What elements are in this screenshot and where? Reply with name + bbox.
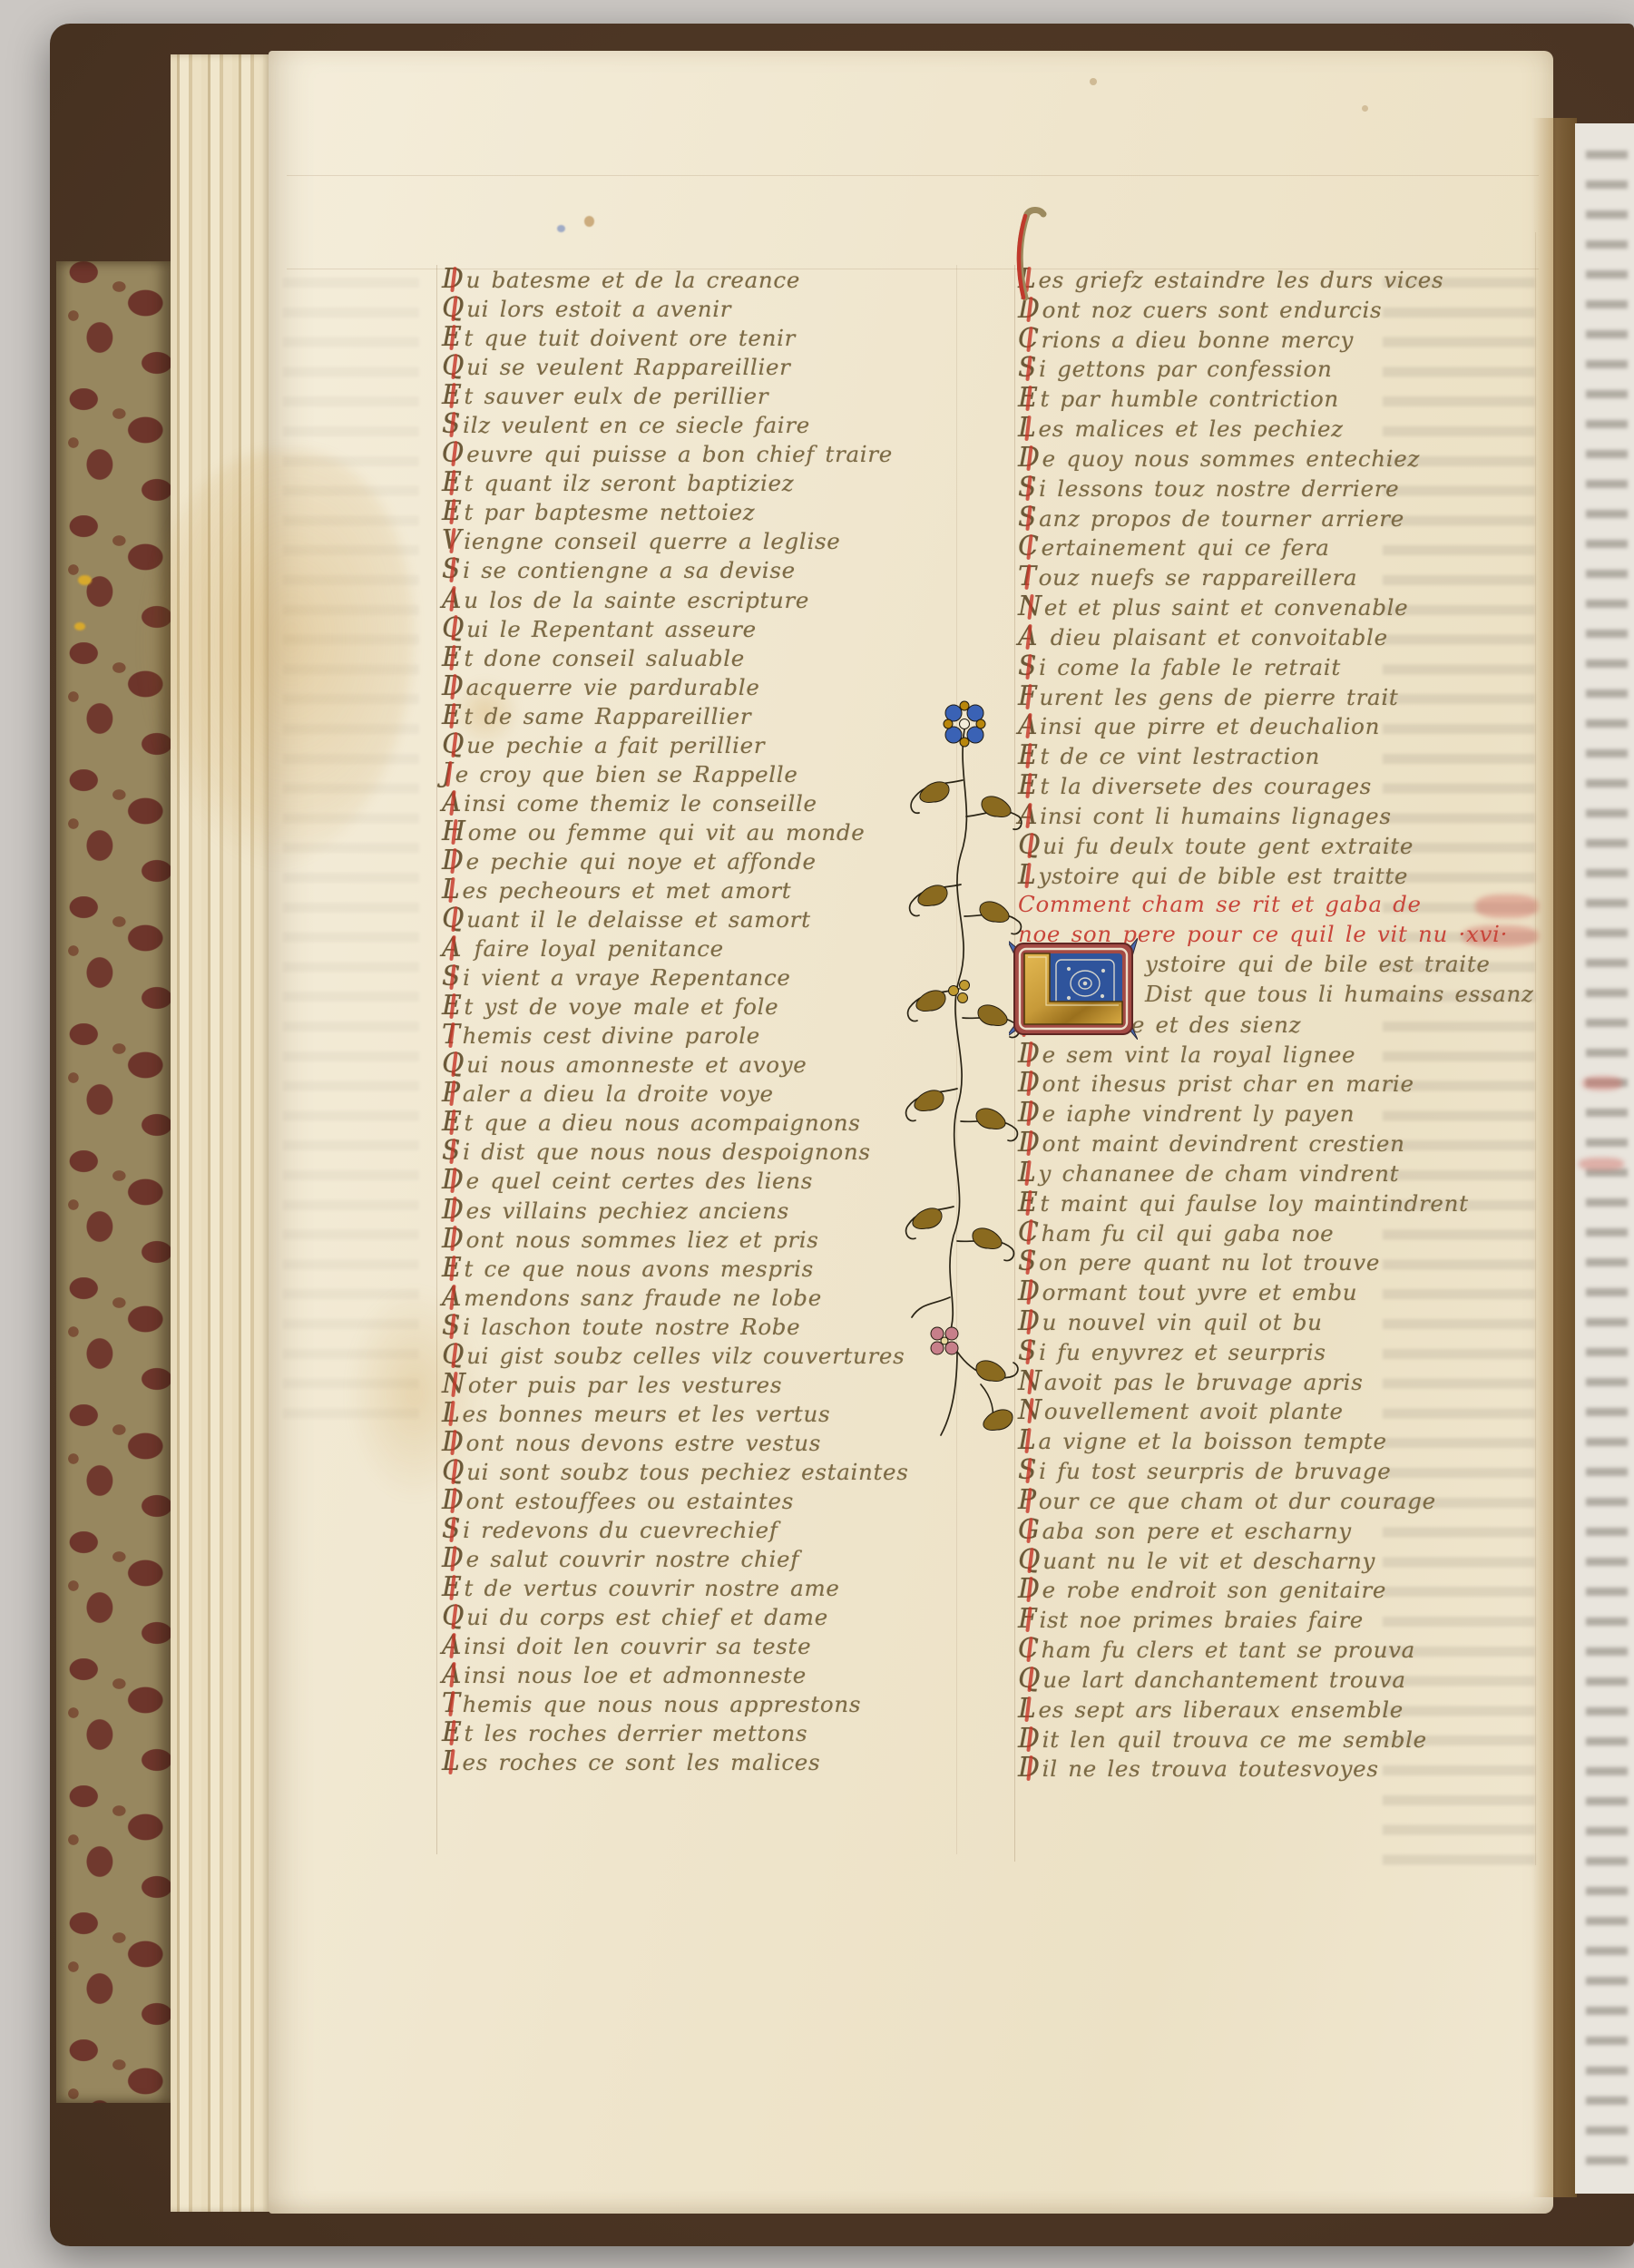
line-initial: E — [442, 643, 463, 672]
fly-speck — [584, 216, 594, 227]
line-initial: H — [442, 817, 466, 846]
line-text: i fu tost seurpris de bruvage — [1039, 1458, 1391, 1484]
text-line: Quant nu le vit et descharny — [1018, 1546, 1534, 1576]
text-column-left: Du batesme et de la creanceQui lors esto… — [442, 265, 909, 1776]
text-line: Si fu enyvrez et seurpris — [1018, 1337, 1534, 1367]
text-line: Si come la fable le retrait — [1018, 652, 1534, 682]
line-initial: S — [1018, 652, 1037, 682]
text-line: Ainsi cont li humains lignages — [1018, 801, 1534, 831]
line-text: t de vertus couvrir nostre ame — [465, 1575, 840, 1601]
line-initial: E — [442, 468, 463, 497]
line-text: ont nous devons estre vestus — [466, 1430, 821, 1456]
line-text: ue lart danchantement trouva — [1042, 1667, 1405, 1693]
line-initial: S — [1018, 354, 1037, 384]
text-line: Si fu tost seurpris de bruvage — [1018, 1456, 1534, 1486]
line-initial: E — [442, 992, 463, 1021]
text-line: Si dist que nous nous despoignons — [442, 1137, 909, 1166]
text-line: Du nouvel vin quil ot bu — [1018, 1307, 1534, 1337]
line-text: aler a dieu la droite voye — [463, 1080, 774, 1107]
text-line: Et ce que nous avons mespris — [442, 1254, 909, 1283]
text-line: Dont nous devons estre vestus — [442, 1428, 909, 1457]
calligraphic-ascender — [1003, 207, 1051, 301]
line-initial: L — [442, 1399, 461, 1428]
line-initial: D — [442, 1428, 465, 1457]
line-text: faire loyal penitance — [464, 935, 724, 962]
line-initial: T — [442, 1689, 461, 1718]
rubric-line: Comment cham se rit et gaba de — [1018, 890, 1534, 920]
text-line: Silz veulent en ce siecle faire — [442, 410, 909, 439]
line-initial: E — [442, 701, 463, 730]
text-line: Et que tuit doivent ore tenir — [442, 323, 909, 352]
line-initial: A — [442, 788, 462, 817]
line-text: t done conseil saluable — [465, 645, 745, 671]
line-initial: F — [1018, 1605, 1037, 1635]
line-text: ormant tout yvre et embu — [1042, 1279, 1358, 1305]
text-line: Et yst de voye male et fole — [442, 992, 909, 1021]
line-initial: D — [1018, 1754, 1041, 1784]
line-text: i fu enyvrez et seurpris — [1039, 1339, 1326, 1365]
line-text: ui fu deulx toute gent extraite — [1042, 833, 1414, 859]
text-line: Qui se veulent Rappareillier — [442, 352, 909, 381]
line-text: ont maint devindrent crestien — [1042, 1130, 1405, 1157]
text-line: Ainsi doit len couvrir sa teste — [442, 1631, 909, 1660]
fore-edge — [1531, 118, 1577, 2197]
line-initial: D — [442, 1166, 465, 1195]
line-initial: D — [1018, 444, 1041, 474]
text-line: Ly chananee de cham vindrent — [1018, 1158, 1534, 1188]
line-text: e sem vint la royal lignee — [1042, 1041, 1356, 1068]
text-line: Dont maint devindrent crestien — [1018, 1129, 1534, 1158]
line-initial: E — [442, 381, 463, 410]
line-initial: D — [442, 1544, 465, 1573]
line-initial: Q — [442, 1341, 465, 1370]
text-line: Et par baptesme nettoiez — [442, 497, 909, 526]
line-text: e iaphe vindrent ly payen — [1042, 1100, 1355, 1127]
line-text: u batesme et de la creance — [466, 267, 800, 293]
text-line: Sanz propos de tourner arriere — [1018, 503, 1534, 533]
line-text: our ce que cham ot dur courage — [1039, 1488, 1436, 1514]
marbled-turnin — [56, 261, 171, 2103]
line-text: hemis cest divine parole — [463, 1022, 760, 1049]
text-line: Dit len quil trouva ce me semble — [1018, 1725, 1534, 1755]
line-text: t de same Rappareillier — [465, 703, 752, 729]
text-line: Les bonnes meurs et les vertus — [442, 1399, 909, 1428]
text-line: Dil ne les trouva toutesvoyes — [1018, 1754, 1534, 1784]
line-text: oter puis par les vestures — [468, 1372, 782, 1398]
line-text: t maint qui faulse loy maintindrent — [1041, 1190, 1469, 1217]
line-text: ham fu cil qui gaba noe — [1042, 1220, 1335, 1246]
line-text: ui le Repentant asseure — [466, 616, 757, 642]
text-line: Navoit pas le bruvage apris — [1018, 1367, 1534, 1397]
line-text: t par baptesme nettoiez — [465, 499, 756, 525]
text-line: Et les roches derrier mettons — [442, 1718, 909, 1747]
line-text: uant il le delaisse et samort — [466, 906, 810, 933]
manuscript-photo: Du batesme et de la creanceQui lors esto… — [0, 0, 1634, 2268]
line-text: es bonnes meurs et les vertus — [463, 1401, 831, 1427]
line-text: acquerre vie pardurable — [466, 674, 760, 700]
text-line: Les roches ce sont les malices — [442, 1747, 909, 1776]
text-line: De iaphe vindrent ly payen — [1018, 1099, 1534, 1129]
line-initial: Q — [442, 352, 465, 381]
line-initial: S — [442, 555, 461, 584]
line-text: ystoire qui de bible est traitte — [1039, 863, 1409, 889]
line-text: i dist que nous nous despoignons — [463, 1139, 870, 1165]
line-initial: P — [442, 1079, 461, 1108]
line-text: t par humble contriction — [1041, 386, 1339, 412]
line-initial: E — [442, 1718, 463, 1747]
text-line: Et maint qui faulse loy maintindrent — [1018, 1188, 1534, 1218]
line-initial: L — [1018, 414, 1037, 444]
line-text: t de ce vint lestraction — [1041, 743, 1321, 769]
line-initial: A — [442, 585, 462, 614]
blue-flower — [944, 701, 985, 747]
line-text: ouz nuefs se rappareillera — [1039, 564, 1358, 591]
illuminated-initial — [1009, 938, 1138, 1040]
text-line: Du batesme et de la creance — [442, 265, 909, 294]
line-initial: D — [442, 1486, 465, 1515]
line-initial: D — [442, 1225, 465, 1254]
ruling-line — [287, 175, 1539, 176]
text-line: Nouvellement avoit plante — [1018, 1396, 1534, 1426]
line-initial: D — [442, 1196, 465, 1225]
paint-speck — [74, 622, 85, 631]
line-initial: S — [1018, 474, 1037, 503]
text-line: Et de same Rappareillier — [442, 701, 909, 730]
fly-speck — [1090, 78, 1097, 85]
paint-speck — [78, 575, 92, 585]
facing-page-edge — [1575, 123, 1634, 2194]
line-text: i se contiengne a sa devise — [463, 557, 796, 583]
line-text: es pecheours et met amort — [463, 877, 792, 904]
text-line: De pechie qui noye et affonde — [442, 846, 909, 875]
text-line: Dacquerre vie pardurable — [442, 672, 909, 701]
line-text: ui se veulent Rappareillier — [466, 354, 790, 380]
line-text: es sept ars liberaux ensemble — [1039, 1696, 1404, 1723]
line-initial: E — [442, 323, 463, 352]
text-line: Ainsi que pirre et deuchalion — [1018, 711, 1534, 741]
text-line: Quant il le delaisse et samort — [442, 904, 909, 934]
line-text: t sauver eulx de perillier — [465, 383, 769, 409]
line-initial: S — [442, 963, 461, 992]
line-text: insi cont li humains lignages — [1040, 803, 1391, 829]
line-text: ham fu clers et tant se prouva — [1042, 1637, 1415, 1663]
line-text: i vient a vraye Repentance — [463, 964, 790, 991]
line-initial: O — [442, 439, 465, 468]
line-text: on pere quant nu lot trouve — [1039, 1249, 1380, 1276]
text-line: Et de ce vint lestraction — [1018, 741, 1534, 771]
line-text: u los de la sainte escripture — [464, 587, 809, 613]
text-line: Je croy que bien se Rappelle — [442, 759, 909, 788]
text-line: De robe endroit son genitaire — [1018, 1575, 1534, 1605]
line-text: es villains pechiez anciens — [466, 1198, 789, 1224]
text-line: Son pere quant nu lot trouve — [1018, 1247, 1534, 1277]
line-text: ui nous amonneste et avoye — [466, 1051, 807, 1078]
line-text: t quant ilz seront baptiziez — [465, 470, 795, 496]
text-line: Qui le Repentant asseure — [442, 614, 909, 643]
line-text: i come la fable le retrait — [1039, 654, 1341, 680]
text-line: Lystoire qui de bible est traitte — [1018, 861, 1534, 891]
line-initial: T — [442, 1021, 461, 1050]
line-initial: Q — [442, 294, 465, 323]
text-line: Si se contiengne a sa devise — [442, 555, 909, 584]
line-initial: E — [442, 497, 463, 526]
line-text: et et plus saint et convenable — [1044, 594, 1408, 621]
text-line: Home ou femme qui vit au monde — [442, 817, 909, 846]
line-initial: Q — [442, 730, 465, 759]
line-text: e robe endroit son genitaire — [1042, 1577, 1386, 1603]
line-text: ont noz cuers sont endurcis — [1042, 297, 1383, 323]
text-line: Des villains pechiez anciens — [442, 1196, 909, 1225]
line-initial: J — [442, 759, 454, 788]
text-line: Si redevons du cuevrechief — [442, 1515, 909, 1544]
line-text: e croy que bien se Rappelle — [455, 761, 798, 787]
line-initial: S — [442, 410, 461, 439]
line-text: ont nous sommes liez et pris — [466, 1227, 819, 1253]
line-text: a vigne et la boisson tempte — [1039, 1428, 1387, 1454]
text-line: De sem vint la royal lignee — [1018, 1040, 1534, 1070]
line-text: euvre qui puisse a bon chief traire — [466, 441, 893, 467]
line-text: ui sont soubz tous pechiez estaintes — [466, 1459, 908, 1485]
text-line: Les sept ars liberaux ensemble — [1018, 1695, 1534, 1725]
line-text: ilz veulent en ce siecle faire — [463, 412, 810, 438]
line-text: e quoy nous sommes entechiez — [1042, 445, 1420, 472]
ruling-line — [436, 265, 437, 1854]
text-line: Et de vertus couvrir nostre ame — [442, 1573, 909, 1602]
line-text: ui gist soubz celles vilz couvertures — [466, 1343, 905, 1369]
text-line: Si lessons touz nostre derriere — [1018, 474, 1534, 503]
line-text: ertainement qui ce fera — [1042, 534, 1330, 561]
line-initial: S — [442, 1515, 461, 1544]
text-line: Fist noe primes braies faire — [1018, 1605, 1534, 1635]
text-line: Qui gist soubz celles vilz couvertures — [442, 1341, 909, 1370]
line-text: il ne les trouva toutesvoyes — [1042, 1755, 1379, 1782]
line-initial: G — [1018, 1516, 1041, 1546]
text-line: Et par humble contriction — [1018, 384, 1534, 414]
show-through-text — [283, 278, 419, 1421]
line-initial: Q — [442, 1602, 465, 1631]
line-initial: A — [1018, 622, 1038, 652]
line-initial: L — [1018, 1695, 1037, 1725]
line-text: t que tuit doivent ore tenir — [465, 325, 797, 351]
line-initial: S — [1018, 503, 1037, 533]
line-initial: Q — [442, 614, 465, 643]
text-line: Les griefz estaindre les durs vices — [1018, 265, 1534, 295]
line-text: it len quil trouva ce me semble — [1042, 1726, 1427, 1753]
line-text: aba son pere et escharny — [1042, 1518, 1352, 1544]
line-text: i redevons du cuevrechief — [463, 1517, 778, 1543]
line-initial: D — [442, 265, 465, 294]
line-initial: E — [442, 1108, 463, 1137]
text-line: De quoy nous sommes entechiez — [1018, 444, 1534, 474]
facing-page-ghost-rubric — [1579, 1158, 1624, 1170]
text-line: Crions a dieu bonne mercy — [1018, 325, 1534, 355]
text-line: Dont noz cuers sont endurcis — [1018, 295, 1534, 325]
line-text: i lessons touz nostre derriere — [1039, 475, 1399, 502]
line-text: i laschon toute nostre Robe — [463, 1314, 800, 1340]
text-line: Dormant tout yvre et embu — [1018, 1277, 1534, 1307]
line-text: ue pechie a fait perillier — [466, 732, 765, 758]
line-text: insi come themiz le conseille — [464, 790, 817, 816]
line-text: t yst de voye male et fole — [465, 993, 779, 1020]
text-line: Themis que nous nous apprestons — [442, 1689, 909, 1718]
text-line: Que pechie a fait perillier — [442, 730, 909, 759]
line-text: es griefz estaindre les durs vices — [1039, 267, 1444, 293]
text-line: Furent les gens de pierre trait — [1018, 682, 1534, 712]
text-line: Cham fu clers et tant se prouva — [1018, 1635, 1534, 1665]
line-initial: Q — [442, 1457, 465, 1486]
text-line: Si vient a vraye Repentance — [442, 963, 909, 992]
text-line: Ainsi come themiz le conseille — [442, 788, 909, 817]
line-text: es roches ce sont les malices — [463, 1749, 821, 1775]
text-line: La vigne et la boisson tempte — [1018, 1426, 1534, 1456]
text-line: Qui du corps est chief et dame — [442, 1602, 909, 1631]
text-line: Et quant ilz seront baptiziez — [442, 468, 909, 497]
line-text: rions a dieu bonne mercy — [1042, 327, 1355, 353]
text-line: Gaba son pere et escharny — [1018, 1516, 1534, 1546]
text-line: Pour ce que cham ot dur courage — [1018, 1486, 1534, 1516]
text-line: Et done conseil saluable — [442, 643, 909, 672]
line-initial: A — [442, 1631, 462, 1660]
line-text: uant nu le vit et descharny — [1042, 1548, 1375, 1574]
line-initial: N — [442, 1370, 466, 1399]
text-line: Au los de la sainte escripture — [442, 585, 909, 614]
line-initial: Q — [1018, 1546, 1041, 1576]
line-text: insi que pirre et deuchalion — [1040, 713, 1380, 739]
line-text: t ce que nous avons mespris — [465, 1256, 814, 1282]
text-line: Touz nuefs se rappareillera — [1018, 562, 1534, 592]
line-initial: E — [442, 1254, 463, 1283]
line-text: ont estouffees ou estaintes — [466, 1488, 794, 1514]
line-text: y chananee de cham vindrent — [1039, 1160, 1400, 1187]
text-line: Themis cest divine parole — [442, 1021, 909, 1050]
line-initial: S — [1018, 1456, 1037, 1486]
line-initial: V — [442, 526, 462, 555]
page-stack-edges — [171, 54, 272, 2212]
line-initial: D — [442, 846, 465, 875]
text-line: Noter puis par les vestures — [442, 1370, 909, 1399]
text-line: A dieu plaisant et convoitable — [1018, 622, 1534, 652]
line-text: es malices et les pechiez — [1039, 415, 1344, 442]
line-text: ome ou femme qui vit au monde — [468, 819, 866, 846]
line-text: dieu plaisant et convoitable — [1040, 624, 1388, 650]
text-line: Dont nous sommes liez et pris — [442, 1225, 909, 1254]
line-text: u nouvel vin quil ot bu — [1042, 1309, 1323, 1335]
text-line: Dont estouffees ou estaintes — [442, 1486, 909, 1515]
line-text: t la diversete des courages — [1041, 773, 1372, 799]
line-text: t les roches derrier mettons — [465, 1720, 808, 1746]
text-line: Qui fu deulx toute gent extraite — [1018, 831, 1534, 861]
text-line: Viengne conseil querre a leglise — [442, 526, 909, 555]
text-line: Que lart danchantement trouva — [1018, 1665, 1534, 1695]
pink-flower — [931, 1327, 958, 1354]
line-text: insi nous loe et admonneste — [464, 1662, 807, 1688]
line-text: insi doit len couvrir sa teste — [464, 1633, 811, 1659]
line-text: urent les gens de pierre trait — [1039, 684, 1398, 710]
fly-speck — [1362, 105, 1368, 112]
text-line: Certainement qui ce fera — [1018, 533, 1534, 562]
line-initial: S — [442, 1312, 461, 1341]
line-text: anz propos de tourner arriere — [1039, 505, 1404, 532]
text-line: A faire loyal penitance — [442, 934, 909, 963]
text-line: Dont ihesus prist char en marie — [1018, 1069, 1534, 1099]
line-initial: D — [1018, 1575, 1041, 1605]
line-text: e pechie qui noye et affonde — [466, 848, 817, 875]
line-initial: P — [1018, 1486, 1037, 1516]
line-text: ouvellement avoit plante — [1044, 1398, 1344, 1424]
text-line: De salut couvrir nostre chief — [442, 1544, 909, 1573]
line-text: mendons sanz fraude ne lobe — [464, 1285, 822, 1311]
line-initial: L — [442, 875, 461, 904]
line-text: ont ihesus prist char en marie — [1042, 1070, 1414, 1097]
line-initial: D — [1018, 1725, 1041, 1755]
line-initial: C — [1018, 533, 1040, 562]
text-line: Oeuvre qui puisse a bon chief traire — [442, 439, 909, 468]
line-initial: N — [1018, 592, 1042, 622]
line-initial: C — [1018, 1635, 1040, 1665]
line-initial: S — [442, 1137, 461, 1166]
ivy-vine-decoration — [894, 699, 1052, 1447]
line-initial: T — [1018, 562, 1037, 592]
line-initial: D — [442, 672, 465, 701]
line-initial: Q — [442, 904, 465, 934]
line-text: ist noe primes braies faire — [1039, 1607, 1364, 1633]
line-text: e quel ceint certes des liens — [466, 1168, 813, 1194]
text-line: Ainsi nous loe et admonneste — [442, 1660, 909, 1689]
text-line: Amendons sanz fraude ne lobe — [442, 1283, 909, 1312]
text-line: Cham fu cil qui gaba noe — [1018, 1218, 1534, 1248]
facing-page-ghost-rubric — [1582, 1076, 1622, 1090]
text-line: Les malices et les pechiez — [1018, 414, 1534, 444]
text-line: Et la diversete des courages — [1018, 771, 1534, 801]
line-text: iengne conseil querre a leglise — [464, 528, 840, 554]
line-initial: Q — [442, 1050, 465, 1079]
line-initial: Q — [1018, 1665, 1041, 1695]
line-text: i gettons par confession — [1039, 356, 1332, 382]
text-line: Qui sont soubz tous pechiez estaintes — [442, 1457, 909, 1486]
text-line: Paler a dieu la droite voye — [442, 1079, 909, 1108]
text-line: Les pecheours et met amort — [442, 875, 909, 904]
line-text: ui lors estoit a avenir — [466, 296, 731, 322]
blue-smudge — [557, 225, 565, 232]
text-line: Qui nous amonneste et avoye — [442, 1050, 909, 1079]
line-initial: C — [1018, 325, 1040, 355]
line-text: e salut couvrir nostre chief — [466, 1546, 799, 1572]
line-text: ui du corps est chief et dame — [466, 1604, 828, 1630]
line-text: hemis que nous nous apprestons — [463, 1691, 862, 1717]
line-initial: A — [442, 1660, 462, 1689]
text-line: De quel ceint certes des liens — [442, 1166, 909, 1195]
line-text: t que a dieu nous acompaignons — [465, 1110, 861, 1136]
gold-trefoil — [949, 981, 970, 1003]
text-line: Net et plus saint et convenable — [1018, 592, 1534, 622]
line-text: avoit pas le bruvage apris — [1044, 1369, 1364, 1395]
line-initial: E — [442, 1573, 463, 1602]
line-initial: A — [442, 934, 462, 963]
text-line: Si gettons par confession — [1018, 354, 1534, 384]
line-initial: E — [1018, 384, 1039, 414]
text-line: Si laschon toute nostre Robe — [442, 1312, 909, 1341]
text-line: Et que a dieu nous acompaignons — [442, 1108, 909, 1137]
line-initial: L — [442, 1747, 461, 1776]
text-line: Et sauver eulx de perillier — [442, 381, 909, 410]
line-initial: A — [442, 1283, 462, 1312]
text-line: Qui lors estoit a avenir — [442, 294, 909, 323]
